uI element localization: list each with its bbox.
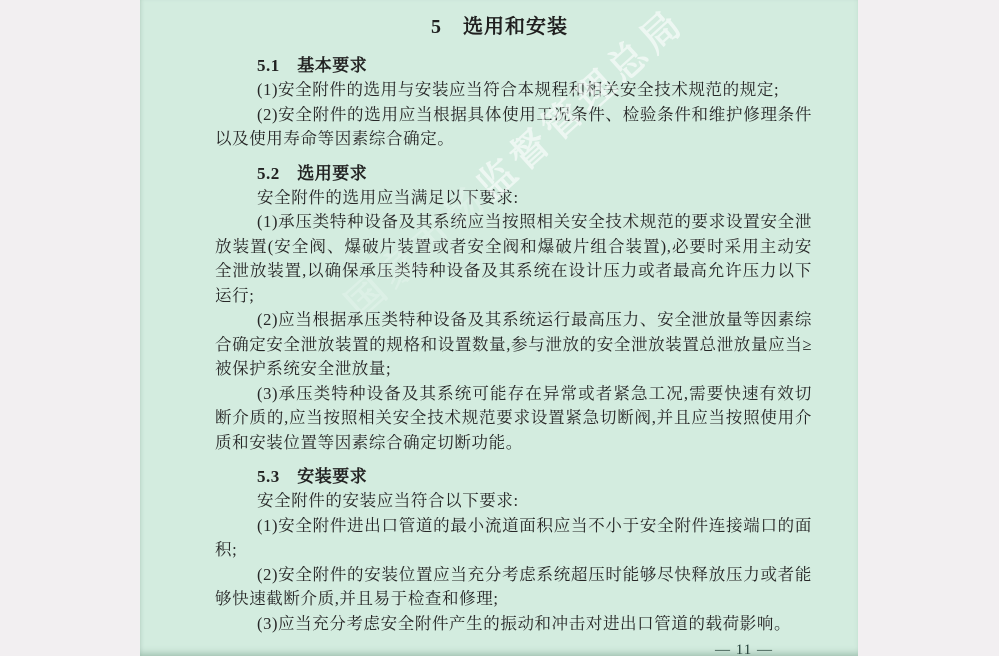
paragraph-5-3-intro: 安全附件的安装应当符合以下要求: xyxy=(215,489,812,514)
paragraph-5-1-item-1: (1)安全附件的选用与安装应当符合本规程和相关安全技术规范的规定; xyxy=(215,78,812,103)
paragraph-5-1-item-2: (2)安全附件的选用应当根据具体使用工况条件、检验条件和维护修理条件以及使用寿命… xyxy=(215,103,812,152)
page-content: 5 选用和安装 5.1 基本要求 (1)安全附件的选用与安装应当符合本规程和相关… xyxy=(215,13,812,656)
paragraph-5-3-item-3: (3)应当充分考虑安全附件产生的振动和冲击对进出口管道的载荷影响。 xyxy=(215,612,812,637)
section-heading-5-2: 5.2 选用要求 xyxy=(257,161,812,186)
paragraph-5-2-intro: 安全附件的选用应当满足以下要求: xyxy=(215,186,812,211)
scan-background: 国家市场监督管理总局 5 选用和安装 5.1 基本要求 (1)安全附件的选用与安… xyxy=(0,0,999,656)
paragraph-5-2-item-1: (1)承压类特种设备及其系统应当按照相关安全技术规范的要求设置安全泄放装置(安全… xyxy=(215,210,812,308)
page-title: 5 选用和安装 xyxy=(187,13,812,41)
section-5-2: 5.2 选用要求 安全附件的选用应当满足以下要求: (1)承压类特种设备及其系统… xyxy=(215,161,812,456)
paragraph-5-2-item-3: (3)承压类特种设备及其系统可能存在异常或者紧急工况,需要快速有效切断介质的,应… xyxy=(215,382,812,456)
section-5-3: 5.3 安装要求 安全附件的安装应当符合以下要求: (1)安全附件进出口管道的最… xyxy=(215,464,812,636)
section-heading-5-3: 5.3 安装要求 xyxy=(257,464,812,489)
paragraph-5-3-item-1: (1)安全附件进出口管道的最小流道面积应当不小于安全附件连接端口的面积; xyxy=(215,514,812,563)
paragraph-5-2-item-2: (2)应当根据承压类特种设备及其系统运行最高压力、安全泄放量等因素综合确定安全泄… xyxy=(215,308,812,382)
paragraph-5-3-item-2: (2)安全附件的安装位置应当充分考虑系统超压时能够尽快释放压力或者能够快速截断介… xyxy=(215,563,812,612)
section-5-1: 5.1 基本要求 (1)安全附件的选用与安装应当符合本规程和相关安全技术规范的规… xyxy=(215,53,812,152)
section-heading-5-1: 5.1 基本要求 xyxy=(257,53,812,78)
page-number: — 11 — xyxy=(215,640,812,656)
document-page: 国家市场监督管理总局 5 选用和安装 5.1 基本要求 (1)安全附件的选用与安… xyxy=(140,0,858,656)
